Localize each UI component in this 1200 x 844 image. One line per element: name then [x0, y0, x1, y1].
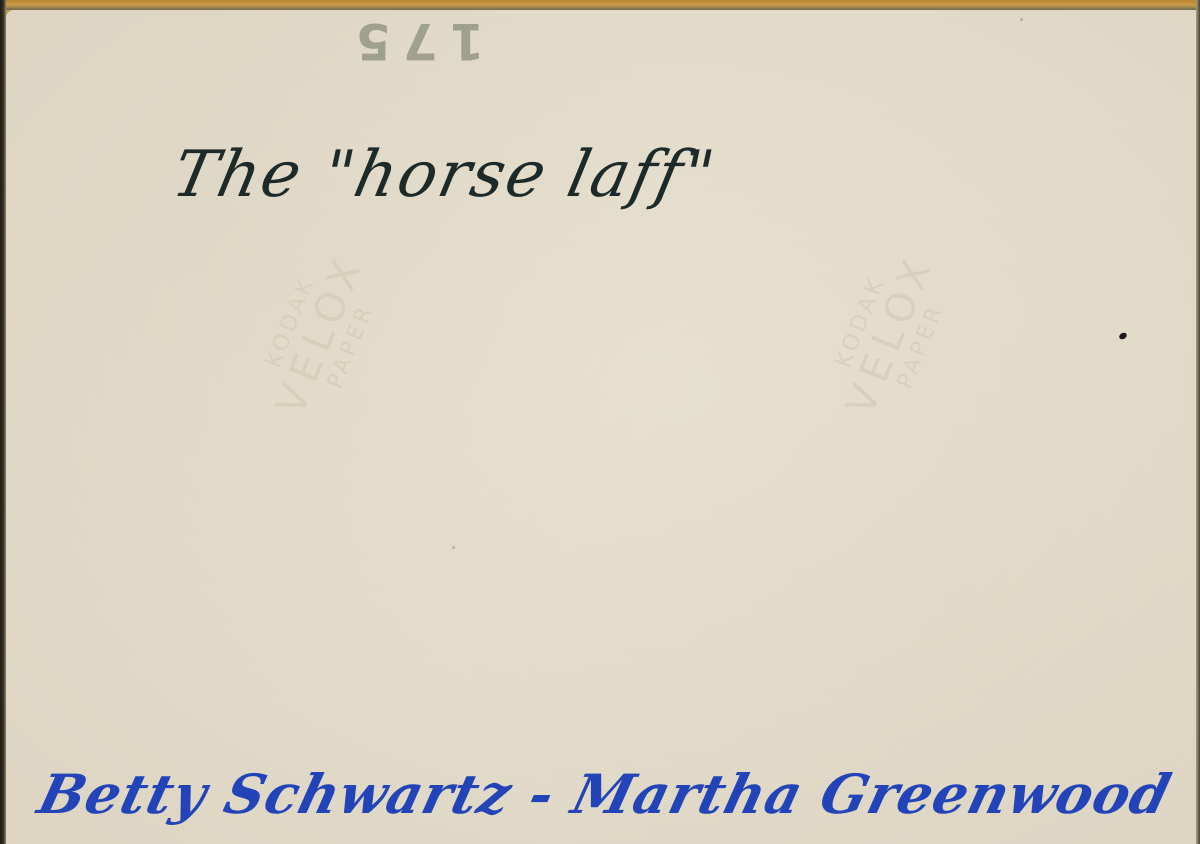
photo-paper: 175 KODAK VELOX PAPER KODAK VELOX PAPER …: [6, 10, 1196, 844]
right-edge: [1196, 0, 1200, 844]
top-edge: [0, 0, 1200, 10]
paper-watermark-right: KODAK VELOX PAPER: [818, 239, 963, 429]
paper-watermark-left: KODAK VELOX PAPER: [248, 239, 393, 429]
ink-dot: [1118, 331, 1128, 340]
handwritten-caption: The "horse laff": [166, 138, 722, 212]
paper-speck: [452, 546, 455, 549]
paper-speck: [1020, 18, 1023, 21]
left-edge: [0, 0, 6, 844]
handwritten-names: Betty Schwartz - Martha Greenwood: [32, 762, 1178, 826]
stamp-number: 175: [344, 16, 484, 66]
scanned-photo-back: 175 KODAK VELOX PAPER KODAK VELOX PAPER …: [0, 0, 1200, 844]
